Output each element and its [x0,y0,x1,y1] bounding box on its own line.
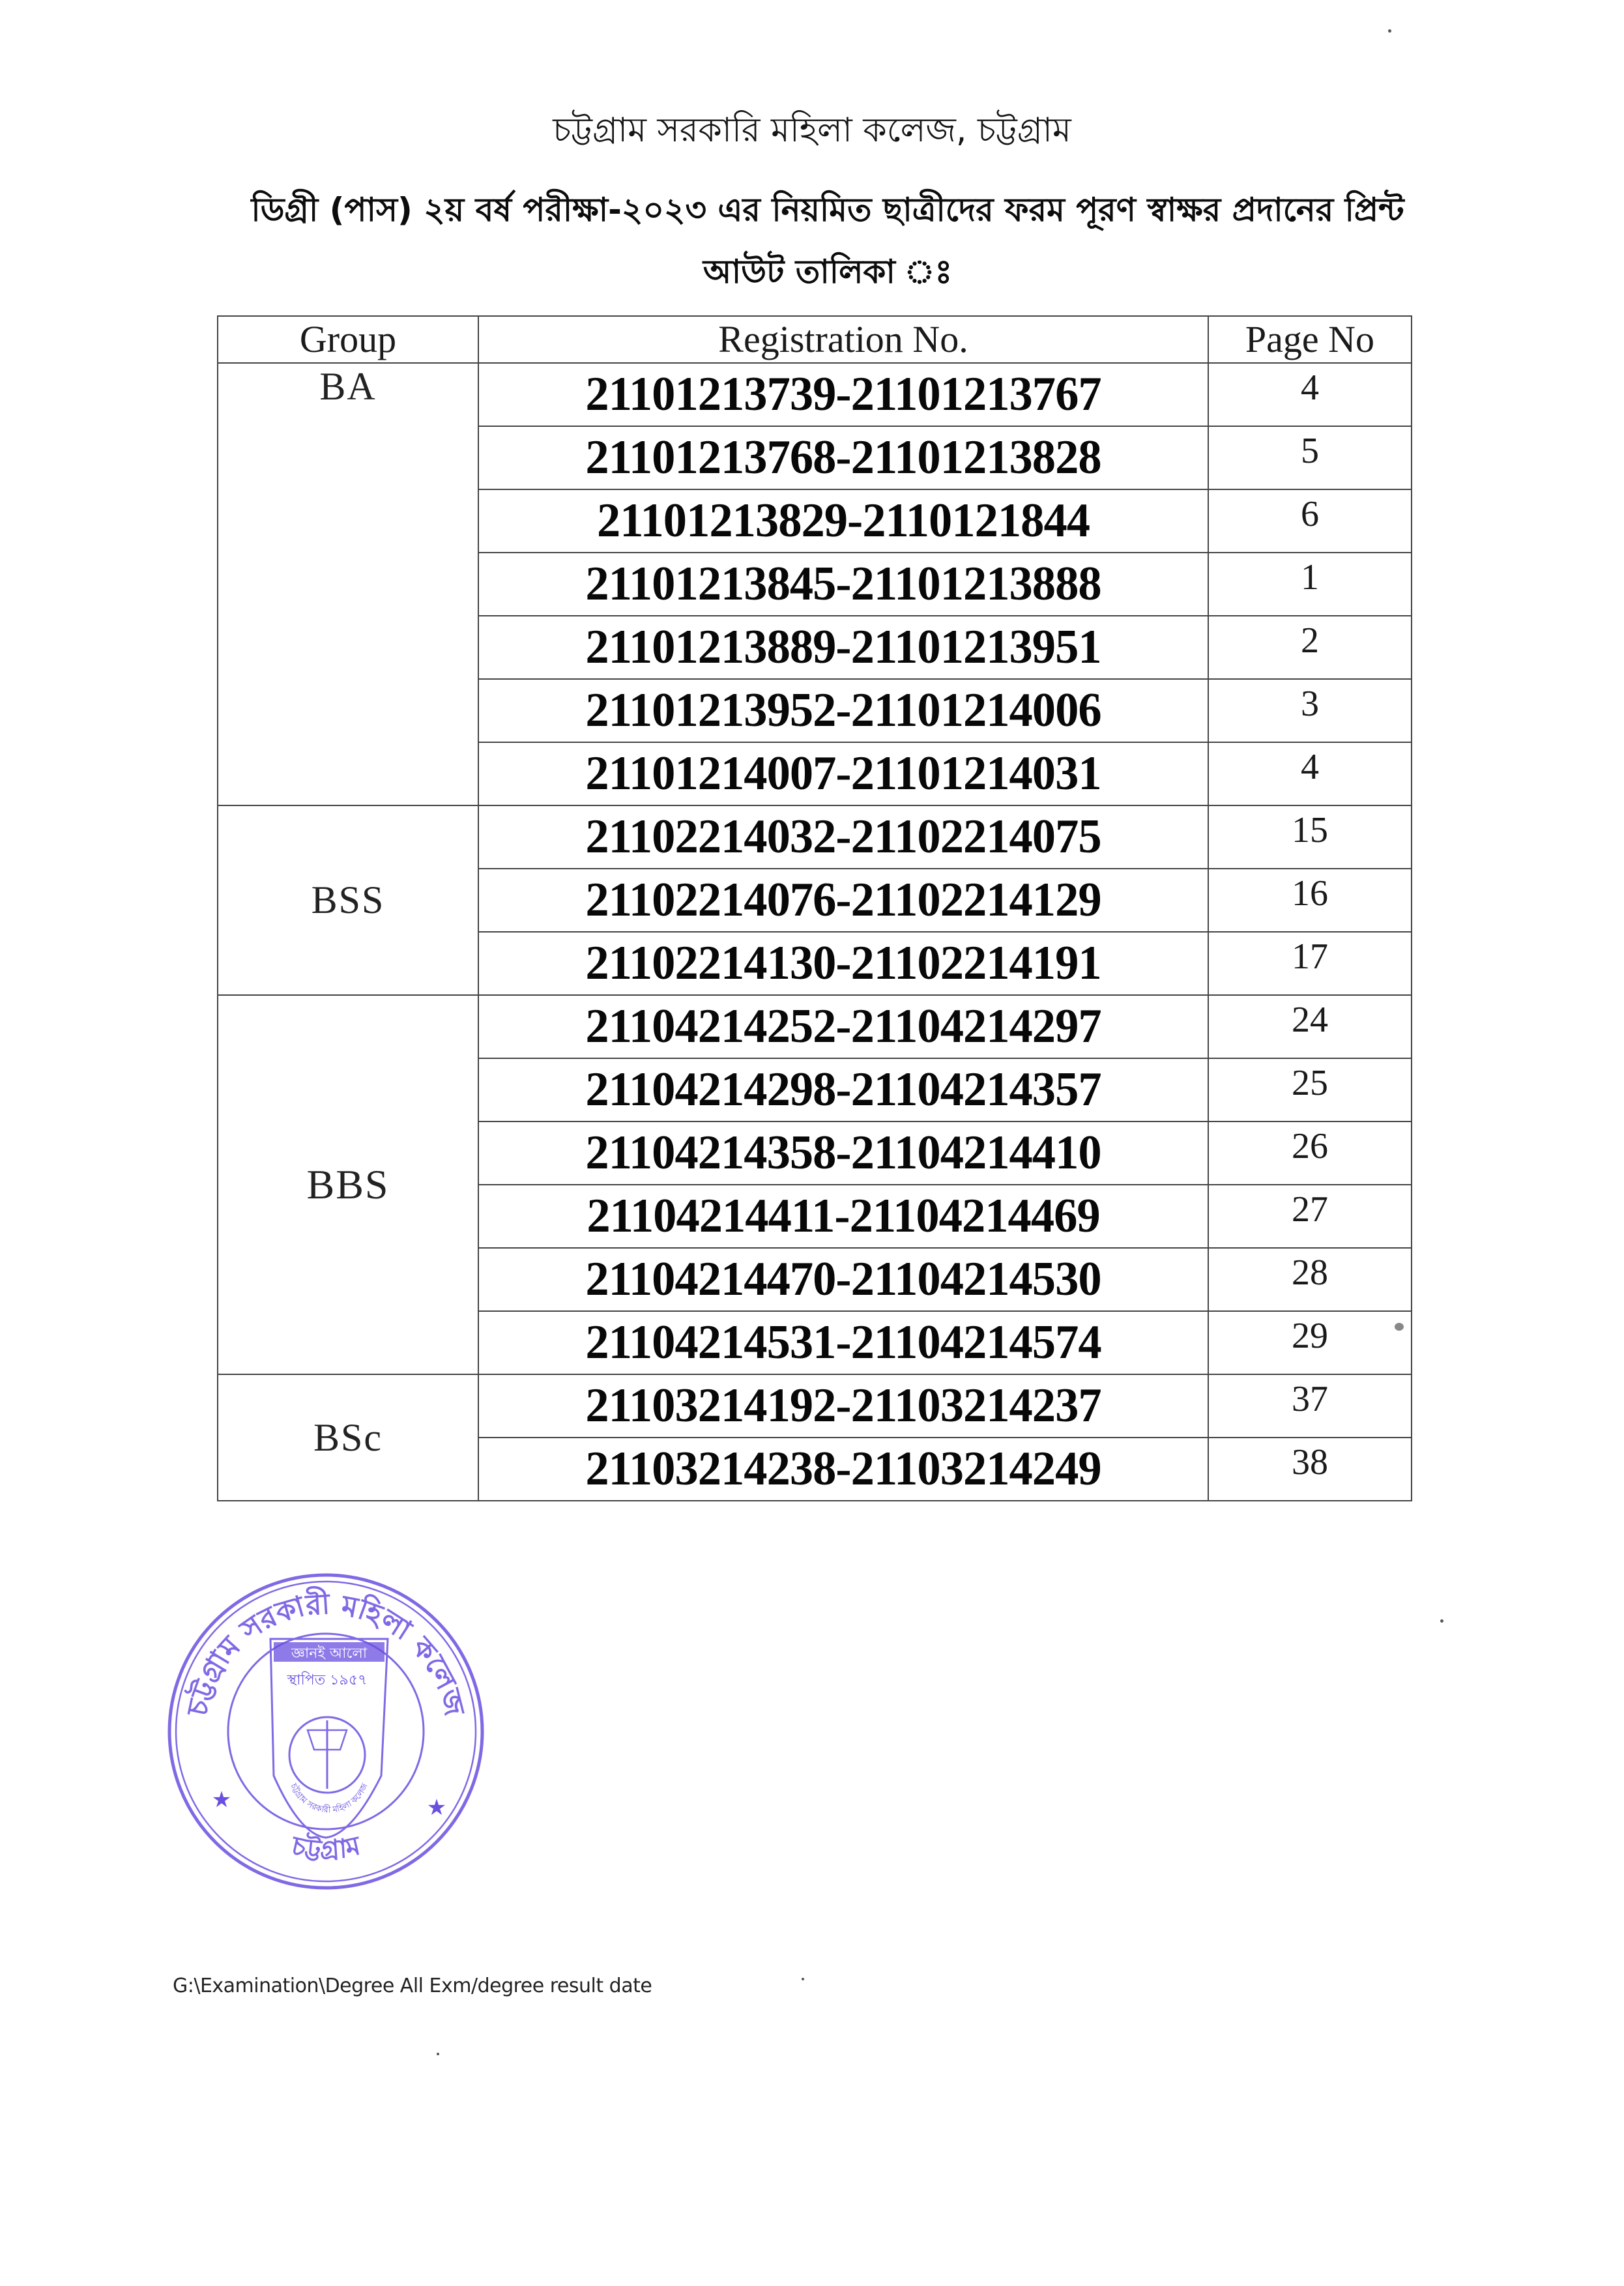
seal-icon: জ্ঞানই আলো স্থাপিত ১৯৫৭ চট্টগ্রাম সরকারী… [156,1561,495,1900]
college-seal-stamp: জ্ঞানই আলো স্থাপিত ১৯৫৭ চট্টগ্রাম সরকারী… [156,1561,495,1900]
page-number-cell: 4 [1208,363,1412,426]
page-number-cell: 4 [1208,742,1412,805]
scan-speck [1388,29,1391,33]
registration-range-cell: 21101214007-21101214031 [486,742,1201,805]
registration-range-cell: 21102214032-21102214075 [486,805,1201,869]
notice-title: ডিগ্রী (পাস) ২য় বর্ষ পরীক্ষা-২০২৩ এর নি… [209,179,1447,303]
svg-text:স্থাপিত ১৯৫৭: স্থাপিত ১৯৫৭ [287,1671,368,1688]
page-number-cell: 26 [1208,1121,1412,1185]
registration-range-cell: 21103214238-21103214249 [486,1438,1201,1501]
group-cell: BSc [218,1374,478,1501]
page-number-cell: 25 [1208,1058,1412,1121]
table-row: BSS21102214032-2110221407515 [218,805,1412,869]
group-cell: BSS [218,805,478,995]
page-number-cell: 6 [1208,489,1412,553]
registration-range-cell: 21101213889-21101213951 [486,616,1201,679]
svg-text:চট্টগ্রাম সরকারী মহিলা কলেজ: চট্টগ্রাম সরকারী মহিলা কলেজ [288,1782,370,1816]
registration-range-cell: 21104214411-21104214469 [486,1185,1201,1248]
svg-text:জ্ঞানই আলো: জ্ঞানই আলো [291,1645,368,1662]
registration-range-cell: 21104214358-21104214410 [486,1121,1201,1185]
page-number-cell: 2 [1208,616,1412,679]
page-number-cell: 28 [1208,1248,1412,1311]
page-number-cell: 15 [1208,805,1412,869]
page-number-cell: 38 [1208,1438,1412,1501]
column-header-registration: Registration No. [478,316,1208,363]
scan-speck [802,1978,804,1980]
registration-range-cell: 21101213952-21101214006 [486,679,1201,742]
page-number-cell: 5 [1208,426,1412,489]
registration-range-cell: 21101213768-21101213828 [486,426,1201,489]
registration-range-cell: 21104214470-21104214530 [486,1248,1201,1311]
registration-range-cell: 21104214298-21104214357 [486,1058,1201,1121]
page-number-cell: 1 [1208,553,1412,616]
star-icon: ★ [212,1788,231,1812]
svg-text:চট্টগ্রাম: চট্টগ্রাম [287,1830,364,1866]
group-cell: BA [218,363,478,805]
registration-range-cell: 21101213845-21101213888 [486,553,1201,616]
column-header-group: Group [218,316,478,363]
table-body: BA21101213739-21101213767421101213768-21… [218,363,1412,1501]
scan-speck [437,2053,439,2055]
registration-range-cell: 21102214130-21102214191 [486,932,1201,995]
registration-range-cell: 21102214076-21102214129 [486,869,1201,932]
star-icon: ★ [427,1796,446,1820]
registration-range-cell: 21104214252-21104214297 [486,995,1201,1058]
page-number-cell: 37 [1208,1374,1412,1438]
scan-speck [1440,1619,1443,1623]
page-number-cell: 17 [1208,932,1412,995]
registration-range-cell: 21101213829-2110121844 [486,489,1201,553]
page-number-cell: 3 [1208,679,1412,742]
file-path-footer: G:\Examination\Degree All Exm/degree res… [173,1975,652,1997]
scan-speck [1395,1323,1404,1331]
page-number-cell: 24 [1208,995,1412,1058]
group-cell: BBS [218,995,478,1374]
table-row: BBS21104214252-2110421429724 [218,995,1412,1058]
college-name-heading: চট্টগ্রাম সরকারি মহিলা কলেজ, চট্টগ্রাম [0,108,1624,153]
registration-range-cell: 21101213739-21101213767 [486,363,1201,426]
table-row: BSc21103214192-2110321423737 [218,1374,1412,1438]
registration-range-cell: 21104214531-21104214574 [486,1311,1201,1374]
registration-table: Group Registration No. Page No BA2110121… [217,315,1412,1501]
page-number-cell: 27 [1208,1185,1412,1248]
registration-range-cell: 21103214192-21103214237 [486,1374,1201,1438]
column-header-page: Page No [1208,316,1412,363]
page-number-cell: 16 [1208,869,1412,932]
table-row: BA21101213739-211012137674 [218,363,1412,426]
page-number-cell: 29 [1208,1311,1412,1374]
table-header-row: Group Registration No. Page No [218,316,1412,363]
